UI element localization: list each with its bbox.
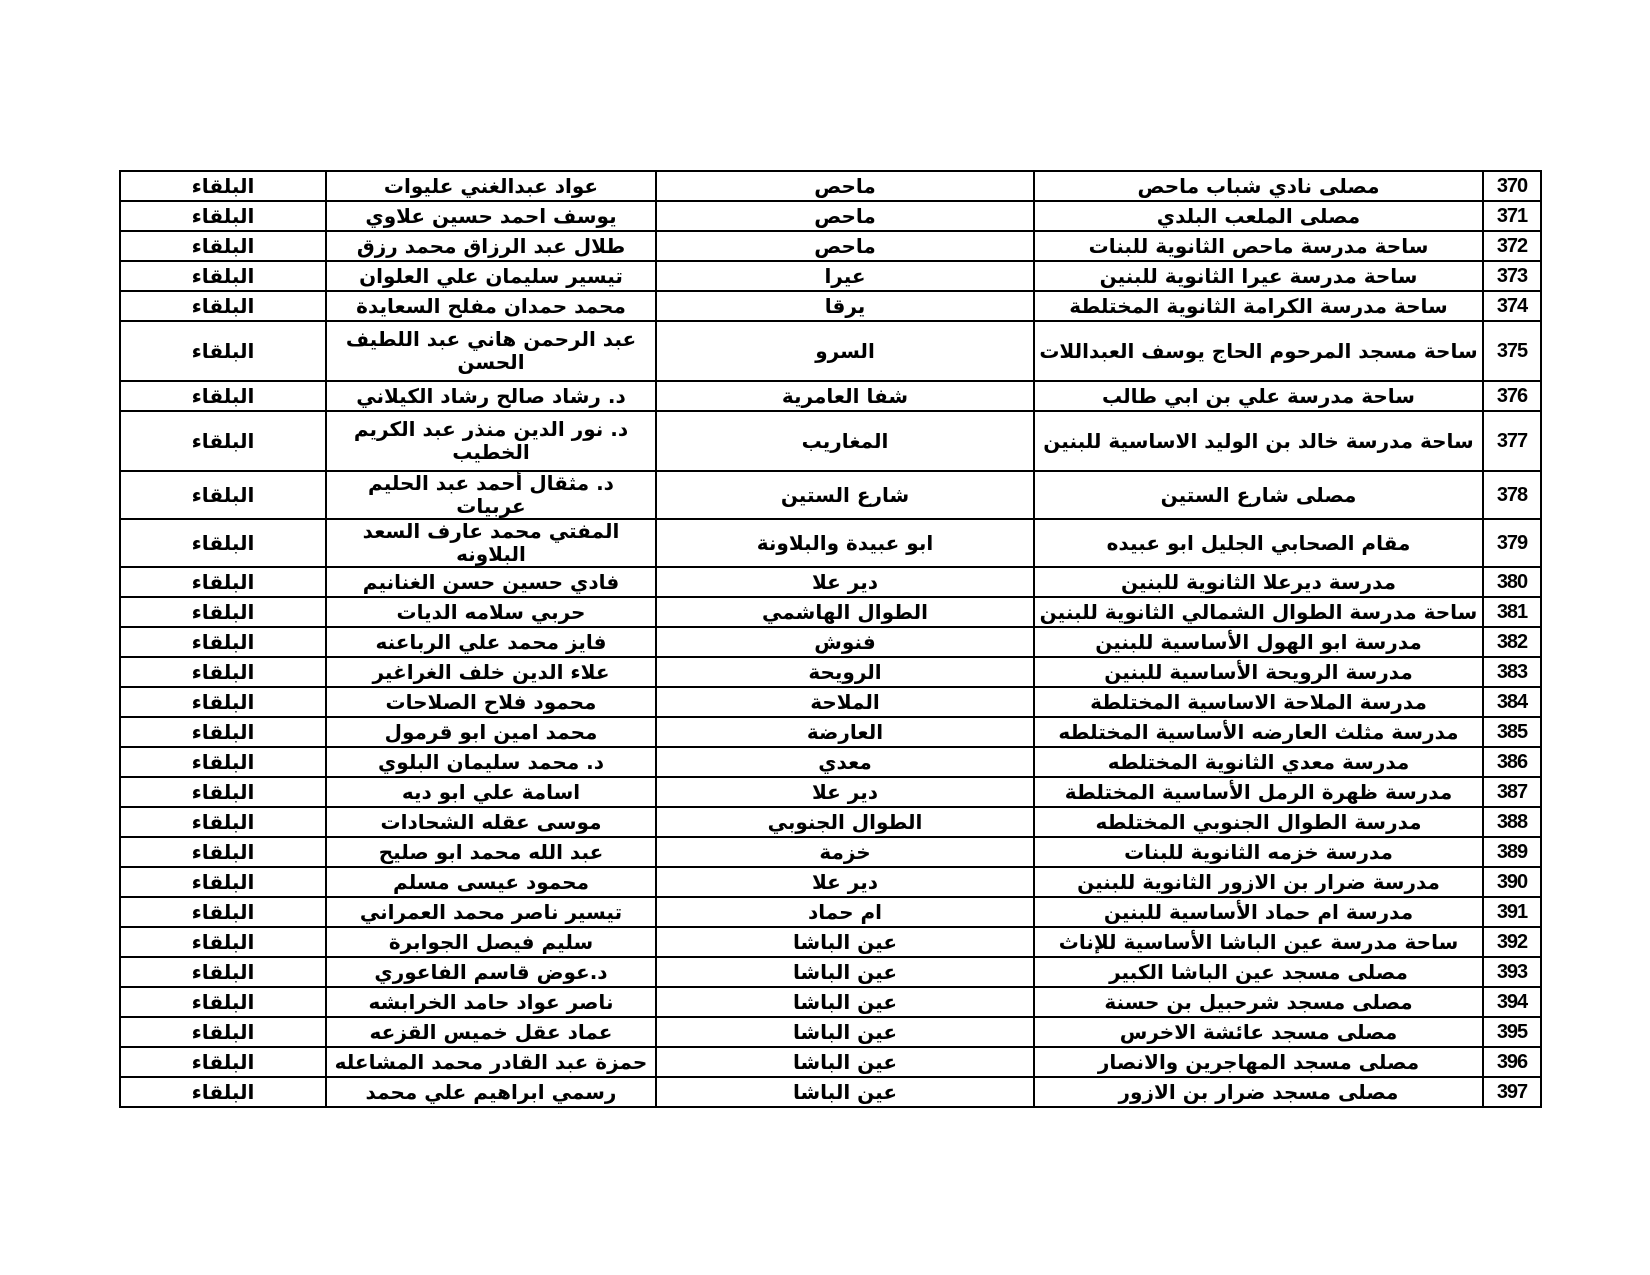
governorate: البلقاء [120, 897, 326, 927]
serial-number: 386 [1483, 747, 1541, 777]
governorate: البلقاء [120, 1017, 326, 1047]
serial-number: 376 [1483, 381, 1541, 411]
district: عين الباشا [656, 957, 1034, 987]
governorate: البلقاء [120, 777, 326, 807]
head-name: تيسير سليمان علي العلوان [326, 261, 656, 291]
table-row: 371 مصلى الملعب البلدي ماحص يوسف احمد حس… [120, 201, 1541, 231]
district: عيرا [656, 261, 1034, 291]
serial-number: 390 [1483, 867, 1541, 897]
district: السرو [656, 321, 1034, 381]
governorate: البلقاء [120, 231, 326, 261]
voting-centers-table: 370 مصلى نادي شباب ماحص ماحص عواد عبدالغ… [119, 170, 1542, 1108]
serial-number: 377 [1483, 411, 1541, 471]
serial-number: 378 [1483, 471, 1541, 519]
table-row: 397 مصلى مسجد ضرار بن الازور عين الباشا … [120, 1077, 1541, 1107]
head-name: محمد حمدان مفلح السعايدة [326, 291, 656, 321]
head-name: عبد الرحمن هاني عبد اللطيف الحسن [326, 321, 656, 381]
table-row: 381 ساحة مدرسة الطوال الشمالي الثانوية ل… [120, 597, 1541, 627]
head-name: علاء الدين خلف الغراغير [326, 657, 656, 687]
center-name: مدرسة ام حماد الأساسية للبنين [1034, 897, 1483, 927]
table-row: 394 مصلى مسجد شرحبيل بن حسنة عين الباشا … [120, 987, 1541, 1017]
serial-number: 393 [1483, 957, 1541, 987]
district: عين الباشا [656, 987, 1034, 1017]
district: الطوال الهاشمي [656, 597, 1034, 627]
district: العارضة [656, 717, 1034, 747]
governorate: البلقاء [120, 519, 326, 567]
table-row: 370 مصلى نادي شباب ماحص ماحص عواد عبدالغ… [120, 171, 1541, 201]
center-name: مدرسة الطوال الجنوبي المختلطه [1034, 807, 1483, 837]
center-name: ساحة مدرسة عين الباشا الأساسية للإناث [1034, 927, 1483, 957]
head-name: محمود فلاح الصلاحات [326, 687, 656, 717]
district: دير علا [656, 567, 1034, 597]
serial-number: 382 [1483, 627, 1541, 657]
voting-centers-table-wrap: 370 مصلى نادي شباب ماحص ماحص عواد عبدالغ… [119, 170, 1540, 1108]
center-name: ساحة مدرسة الكرامة الثانوية المختلطة [1034, 291, 1483, 321]
serial-number: 373 [1483, 261, 1541, 291]
center-name: مدرسة ديرعلا الثانوية للبنين [1034, 567, 1483, 597]
table-row: 372 ساحة مدرسة ماحص الثانوية للبنات ماحص… [120, 231, 1541, 261]
district: ام حماد [656, 897, 1034, 927]
serial-number: 394 [1483, 987, 1541, 1017]
table-row: 392 ساحة مدرسة عين الباشا الأساسية للإنا… [120, 927, 1541, 957]
district: ماحص [656, 171, 1034, 201]
center-name: مدرسة ظهرة الرمل الأساسية المختلطة [1034, 777, 1483, 807]
table-body: 370 مصلى نادي شباب ماحص ماحص عواد عبدالغ… [120, 171, 1541, 1107]
center-name: مصلى مسجد شرحبيل بن حسنة [1034, 987, 1483, 1017]
governorate: البلقاء [120, 597, 326, 627]
head-name: عواد عبدالغني عليوات [326, 171, 656, 201]
governorate: البلقاء [120, 657, 326, 687]
district: الملاحة [656, 687, 1034, 717]
table-row: 375 ساحة مسجد المرحوم الحاج يوسف العبدال… [120, 321, 1541, 381]
head-name: فايز محمد علي الرباعنه [326, 627, 656, 657]
serial-number: 385 [1483, 717, 1541, 747]
governorate: البلقاء [120, 567, 326, 597]
district: شارع الستين [656, 471, 1034, 519]
center-name: مدرسة الرويحة الأساسية للبنين [1034, 657, 1483, 687]
center-name: مدرسة ضرار بن الازور الثانوية للبنين [1034, 867, 1483, 897]
center-name: مدرسة الملاحة الاساسية المختلطة [1034, 687, 1483, 717]
head-name: ناصر عواد حامد الخرابشه [326, 987, 656, 1017]
serial-number: 384 [1483, 687, 1541, 717]
serial-number: 389 [1483, 837, 1541, 867]
table-row: 373 ساحة مدرسة عيرا الثانوية للبنين عيرا… [120, 261, 1541, 291]
district: معدي [656, 747, 1034, 777]
governorate: البلقاء [120, 1077, 326, 1107]
governorate: البلقاء [120, 321, 326, 381]
head-name: اسامة علي ابو ديه [326, 777, 656, 807]
district: المغاريب [656, 411, 1034, 471]
head-name: رسمي ابراهيم علي محمد [326, 1077, 656, 1107]
district: شفا العامرية [656, 381, 1034, 411]
table-row: 391 مدرسة ام حماد الأساسية للبنين ام حما… [120, 897, 1541, 927]
serial-number: 380 [1483, 567, 1541, 597]
governorate: البلقاء [120, 291, 326, 321]
governorate: البلقاء [120, 957, 326, 987]
table-row: 393 مصلى مسجد عين الباشا الكبير عين البا… [120, 957, 1541, 987]
head-name: د. نور الدين منذر عبد الكريم الخطيب [326, 411, 656, 471]
head-name: سليم فيصل الجوابرة [326, 927, 656, 957]
governorate: البلقاء [120, 411, 326, 471]
governorate: البلقاء [120, 381, 326, 411]
serial-number: 392 [1483, 927, 1541, 957]
district: عين الباشا [656, 1047, 1034, 1077]
center-name: مصلى مسجد المهاجرين والانصار [1034, 1047, 1483, 1077]
district: عين الباشا [656, 1077, 1034, 1107]
district: يرقا [656, 291, 1034, 321]
center-name: مصلى شارع الستين [1034, 471, 1483, 519]
governorate: البلقاء [120, 627, 326, 657]
serial-number: 371 [1483, 201, 1541, 231]
district: عين الباشا [656, 927, 1034, 957]
center-name: مصلى الملعب البلدي [1034, 201, 1483, 231]
district: الطوال الجنوبي [656, 807, 1034, 837]
table-row: 384 مدرسة الملاحة الاساسية المختلطة المل… [120, 687, 1541, 717]
serial-number: 388 [1483, 807, 1541, 837]
governorate: البلقاء [120, 837, 326, 867]
center-name: مدرسة ابو الهول الأساسية للبنين [1034, 627, 1483, 657]
head-name: محمود عيسى مسلم [326, 867, 656, 897]
governorate: البلقاء [120, 1047, 326, 1077]
head-name: المفتي محمد عارف السعد البلاونه [326, 519, 656, 567]
center-name: ساحة مدرسة علي بن ابي طالب [1034, 381, 1483, 411]
table-row: 380 مدرسة ديرعلا الثانوية للبنين دير علا… [120, 567, 1541, 597]
governorate: البلقاء [120, 717, 326, 747]
center-name: ساحة مدرسة ماحص الثانوية للبنات [1034, 231, 1483, 261]
serial-number: 374 [1483, 291, 1541, 321]
head-name: د.عوض قاسم الفاعوري [326, 957, 656, 987]
center-name: ساحة مدرسة الطوال الشمالي الثانوية للبني… [1034, 597, 1483, 627]
governorate: البلقاء [120, 987, 326, 1017]
center-name: ساحة مسجد المرحوم الحاج يوسف العبداللات [1034, 321, 1483, 381]
center-name: مصلى مسجد عائشة الاخرس [1034, 1017, 1483, 1047]
head-name: حمزة عبد القادر محمد المشاعله [326, 1047, 656, 1077]
table-row: 385 مدرسة مثلث العارضه الأساسية المختلطه… [120, 717, 1541, 747]
head-name: عماد عقل خميس القزعه [326, 1017, 656, 1047]
table-row: 382 مدرسة ابو الهول الأساسية للبنين فنوش… [120, 627, 1541, 657]
center-name: مصلى نادي شباب ماحص [1034, 171, 1483, 201]
head-name: موسى عقله الشحادات [326, 807, 656, 837]
district: دير علا [656, 777, 1034, 807]
table-row: 396 مصلى مسجد المهاجرين والانصار عين الب… [120, 1047, 1541, 1077]
table-row: 387 مدرسة ظهرة الرمل الأساسية المختلطة د… [120, 777, 1541, 807]
table-row: 395 مصلى مسجد عائشة الاخرس عين الباشا عم… [120, 1017, 1541, 1047]
serial-number: 379 [1483, 519, 1541, 567]
table-row: 388 مدرسة الطوال الجنوبي المختلطه الطوال… [120, 807, 1541, 837]
serial-number: 395 [1483, 1017, 1541, 1047]
district: فنوش [656, 627, 1034, 657]
head-name: حربي سلامه الديات [326, 597, 656, 627]
head-name: عبد الله محمد ابو صليح [326, 837, 656, 867]
head-name: محمد امين ابو قرمول [326, 717, 656, 747]
serial-number: 375 [1483, 321, 1541, 381]
serial-number: 396 [1483, 1047, 1541, 1077]
center-name: مصلى مسجد عين الباشا الكبير [1034, 957, 1483, 987]
governorate: البلقاء [120, 201, 326, 231]
governorate: البلقاء [120, 171, 326, 201]
district: الرويحة [656, 657, 1034, 687]
serial-number: 387 [1483, 777, 1541, 807]
table-row: 376 ساحة مدرسة علي بن ابي طالب شفا العام… [120, 381, 1541, 411]
table-row: 386 مدرسة معدي الثانوية المختلطه معدي د.… [120, 747, 1541, 777]
document-page: { "page": { "background_color": "#ffffff… [0, 0, 1650, 1275]
table-row: 377 ساحة مدرسة خالد بن الوليد الاساسية ل… [120, 411, 1541, 471]
head-name: يوسف احمد حسين علاوي [326, 201, 656, 231]
center-name: مدرسة معدي الثانوية المختلطه [1034, 747, 1483, 777]
serial-number: 383 [1483, 657, 1541, 687]
serial-number: 372 [1483, 231, 1541, 261]
table-row: 383 مدرسة الرويحة الأساسية للبنين الرويح… [120, 657, 1541, 687]
serial-number: 397 [1483, 1077, 1541, 1107]
governorate: البلقاء [120, 471, 326, 519]
table-row: 390 مدرسة ضرار بن الازور الثانوية للبنين… [120, 867, 1541, 897]
serial-number: 381 [1483, 597, 1541, 627]
governorate: البلقاء [120, 261, 326, 291]
governorate: البلقاء [120, 747, 326, 777]
center-name: ساحة مدرسة عيرا الثانوية للبنين [1034, 261, 1483, 291]
table-row: 374 ساحة مدرسة الكرامة الثانوية المختلطة… [120, 291, 1541, 321]
table-row: 379 مقام الصحابي الجليل ابو عبيده ابو عب… [120, 519, 1541, 567]
head-name: تيسير ناصر محمد العمراني [326, 897, 656, 927]
center-name: مدرسة مثلث العارضه الأساسية المختلطه [1034, 717, 1483, 747]
head-name: د. محمد سليمان البلوي [326, 747, 656, 777]
head-name: د. رشاد صالح رشاد الكيلاني [326, 381, 656, 411]
district: ابو عبيدة والبلاونة [656, 519, 1034, 567]
center-name: مصلى مسجد ضرار بن الازور [1034, 1077, 1483, 1107]
center-name: مقام الصحابي الجليل ابو عبيده [1034, 519, 1483, 567]
district: عين الباشا [656, 1017, 1034, 1047]
governorate: البلقاء [120, 807, 326, 837]
district: خزمة [656, 837, 1034, 867]
district: ماحص [656, 201, 1034, 231]
governorate: البلقاء [120, 867, 326, 897]
table-row: 378 مصلى شارع الستين شارع الستين د. مثقا… [120, 471, 1541, 519]
district: دير علا [656, 867, 1034, 897]
governorate: البلقاء [120, 927, 326, 957]
governorate: البلقاء [120, 687, 326, 717]
serial-number: 391 [1483, 897, 1541, 927]
head-name: د. مثقال أحمد عبد الحليم عربيات [326, 471, 656, 519]
district: ماحص [656, 231, 1034, 261]
center-name: ساحة مدرسة خالد بن الوليد الاساسية للبني… [1034, 411, 1483, 471]
head-name: فادي حسين حسن الغنانيم [326, 567, 656, 597]
serial-number: 370 [1483, 171, 1541, 201]
center-name: مدرسة خزمه الثانوية للبنات [1034, 837, 1483, 867]
head-name: طلال عبد الرزاق محمد رزق [326, 231, 656, 261]
table-row: 389 مدرسة خزمه الثانوية للبنات خزمة عبد … [120, 837, 1541, 867]
